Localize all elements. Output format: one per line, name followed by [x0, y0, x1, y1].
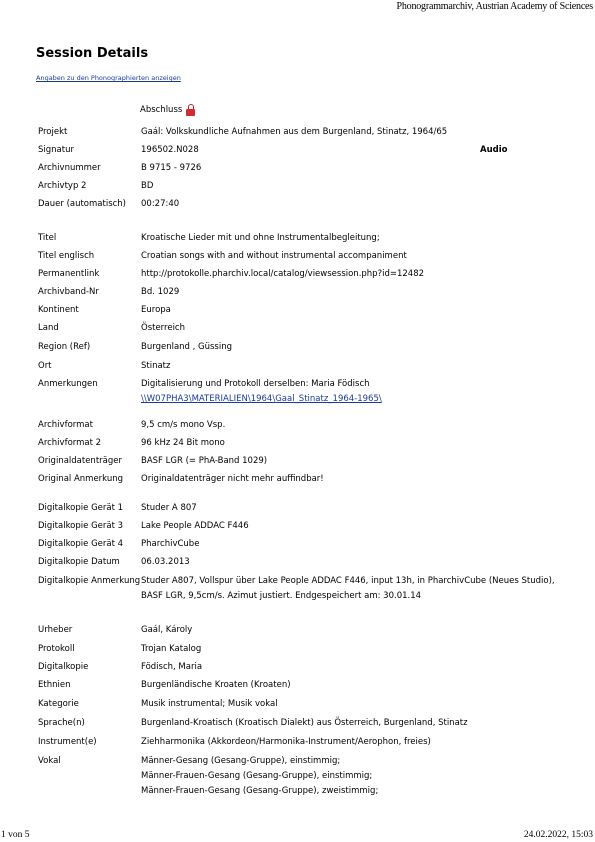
unc-path-link[interactable]: MATERIALIEN\ — [192, 394, 251, 404]
field-label: Signatur — [38, 143, 141, 158]
field-label: Sprache(n) — [38, 716, 141, 731]
field-row: KontinentEuropa — [38, 303, 578, 318]
field-label: Anmerkungen — [38, 377, 141, 407]
field-row: Archivband-NrBd. 1029 — [38, 285, 578, 300]
field-value: Stinatz — [141, 359, 578, 374]
unc-path-link[interactable]: Gaal_Stinatz_1964-1965\ — [275, 394, 382, 404]
field-row: VokalMänner-Gesang (Gesang-Gruppe), eins… — [38, 754, 578, 799]
field-value-line: Männer-Frauen-Gesang (Gesang-Gruppe), zw… — [141, 784, 578, 799]
field-value: 96 kHz 24 Bit mono — [141, 436, 578, 451]
field-label: Archivformat — [38, 418, 141, 433]
field-label: Archivband-Nr — [38, 285, 141, 300]
page-title: Session Details — [36, 46, 148, 61]
field-value-text: Originaldatenträger nicht mehr auffindba… — [141, 472, 578, 487]
field-value-text: 196502.N028 — [141, 143, 578, 158]
field-row: ProjektGaál: Volkskundliche Aufnahmen au… — [38, 125, 578, 140]
field-label: Land — [38, 321, 141, 336]
field-value-text: 00:27:40 — [141, 197, 578, 212]
lock-icon — [186, 104, 195, 116]
field-row: OriginaldatenträgerBASF LGR (= PhA-Band … — [38, 454, 578, 469]
field-label: Projekt — [38, 125, 141, 140]
field-value-text: BASF LGR (= PhA-Band 1029) — [141, 454, 578, 469]
field-row: Sprache(n)Burgenland-Kroatisch (Kroatisc… — [38, 716, 578, 731]
abschluss-status: Abschluss — [140, 104, 195, 116]
unc-path-link[interactable]: 1964\ — [251, 394, 276, 404]
field-value-text: Kroatische Lieder mit und ohne Instrumen… — [141, 231, 578, 246]
unc-path: \\W07PHA3\MATERIALIEN\1964\Gaal_Stinatz_… — [141, 392, 578, 407]
field-row: AnmerkungenDigitalisierung und Protokoll… — [38, 377, 578, 407]
field-row: DigitalkopieFödisch, Maria — [38, 660, 578, 675]
field-label: Archivnummer — [38, 161, 141, 176]
field-value: B 9715 - 9726 — [141, 161, 578, 176]
field-value[interactable]: http://protokolle.pharchiv.local/catalog… — [141, 267, 578, 282]
field-row: Digitalkopie Gerät 1Studer A 807 — [38, 501, 578, 516]
field-value: Gaál, Károly — [141, 623, 578, 638]
field-label: Instrument(e) — [38, 735, 141, 750]
field-row: Archivtyp 2BD — [38, 179, 578, 194]
field-value-text: Burgenländische Kroaten (Kroaten) — [141, 678, 578, 693]
field-value: 00:27:40 — [141, 197, 578, 212]
field-row: Digitalkopie Datum06.03.2013 — [38, 555, 578, 570]
field-label: Vokal — [38, 754, 141, 799]
field-value-line: Männer-Frauen-Gesang (Gesang-Gruppe), ei… — [141, 769, 578, 784]
field-value: Studer A 807 — [141, 501, 578, 516]
field-row: TitelKroatische Lieder mit und ohne Inst… — [38, 231, 578, 246]
field-row: Region (Ref)Burgenland , Güssing — [38, 340, 578, 355]
field-value-text: Burgenland , Güssing — [141, 340, 578, 355]
field-label: Kategorie — [38, 697, 141, 712]
field-label: Ethnien — [38, 678, 141, 693]
field-label: Digitalkopie Gerät 3 — [38, 519, 141, 534]
print-header: Phonogrammarchiv, Austrian Academy of Sc… — [397, 1, 594, 12]
field-value-text: Födisch, Maria — [141, 660, 578, 675]
field-row: Original AnmerkungOriginaldatenträger ni… — [38, 472, 578, 487]
field-row: Digitalkopie Gerät 3Lake People ADDAC F4… — [38, 519, 578, 534]
field-value-text: Digitalisierung und Protokoll derselben:… — [141, 377, 578, 392]
field-value: 06.03.2013 — [141, 555, 578, 570]
field-row: LandÖsterreich — [38, 321, 578, 336]
field-value-text: Studer A 807 — [141, 501, 578, 516]
field-row: OrtStinatz — [38, 359, 578, 374]
field-row: KategorieMusik instrumental; Musik vokal — [38, 697, 578, 712]
field-label: Originaldatenträger — [38, 454, 141, 469]
field-row: Digitalkopie AnmerkungStuder A807, Volls… — [38, 574, 578, 604]
field-value-text: Gaál, Károly — [141, 623, 578, 638]
unc-path-link[interactable]: \\W07PHA3\ — [141, 394, 192, 404]
field-row: EthnienBurgenländische Kroaten (Kroaten) — [38, 678, 578, 693]
field-label: Digitalkopie Gerät 1 — [38, 501, 141, 516]
field-label: Kontinent — [38, 303, 141, 318]
field-value: Burgenländische Kroaten (Kroaten) — [141, 678, 578, 693]
field-value-text: BD — [141, 179, 578, 194]
field-label: Urheber — [38, 623, 141, 638]
field-label: Region (Ref) — [38, 340, 141, 355]
field-value-text: Trojan Katalog — [141, 642, 578, 657]
field-value: 196502.N028 — [141, 143, 578, 158]
print-datetime: 24.02.2022, 15:03 — [524, 830, 593, 840]
field-value: Trojan Katalog — [141, 642, 578, 657]
field-value: Musik instrumental; Musik vokal — [141, 697, 578, 712]
field-value: Croatian songs with and without instrume… — [141, 249, 578, 264]
field-row: ProtokollTrojan Katalog — [38, 642, 578, 657]
field-value-text: 96 kHz 24 Bit mono — [141, 436, 578, 451]
field-label: Ort — [38, 359, 141, 374]
field-value: Männer-Gesang (Gesang-Gruppe), einstimmi… — [141, 754, 578, 799]
field-value-text: Österreich — [141, 321, 578, 336]
field-value: BASF LGR (= PhA-Band 1029) — [141, 454, 578, 469]
page-number: 1 von 5 — [1, 830, 30, 840]
field-label: Protokoll — [38, 642, 141, 657]
field-value-text: PharchivCube — [141, 537, 578, 552]
field-value: Ziehharmonika (Akkordeon/Harmonika-Instr… — [141, 735, 578, 750]
field-row: UrheberGaál, Károly — [38, 623, 578, 638]
phonographed-details-link[interactable]: Angaben zu den Phonographierten anzeigen — [36, 74, 181, 82]
field-row: Signatur196502.N028Audio — [38, 143, 578, 158]
field-value: Födisch, Maria — [141, 660, 578, 675]
field-value: PharchivCube — [141, 537, 578, 552]
field-row: Permanentlinkhttp://protokolle.pharchiv.… — [38, 267, 578, 282]
field-value: Burgenland-Kroatisch (Kroatisch Dialekt)… — [141, 716, 578, 731]
field-value-text: B 9715 - 9726 — [141, 161, 578, 176]
field-value-text: Lake People ADDAC F446 — [141, 519, 578, 534]
field-value: Gaál: Volkskundliche Aufnahmen aus dem B… — [141, 125, 578, 140]
field-row: ArchivnummerB 9715 - 9726 — [38, 161, 578, 176]
field-row: Dauer (automatisch)00:27:40 — [38, 197, 578, 212]
field-label: Titel englisch — [38, 249, 141, 264]
field-label: Digitalkopie Anmerkung — [38, 574, 141, 604]
field-value-text: Burgenland-Kroatisch (Kroatisch Dialekt)… — [141, 716, 578, 731]
field-value: Digitalisierung und Protokoll derselben:… — [141, 377, 578, 407]
field-value-text: Europa — [141, 303, 578, 318]
field-value-text: Bd. 1029 — [141, 285, 578, 300]
field-row: Archivformat9,5 cm/s mono Vsp. — [38, 418, 578, 433]
field-label: Digitalkopie — [38, 660, 141, 675]
field-value-line: Männer-Gesang (Gesang-Gruppe), einstimmi… — [141, 754, 578, 769]
field-value: BD — [141, 179, 578, 194]
field-value: Kroatische Lieder mit und ohne Instrumen… — [141, 231, 578, 246]
field-value: Burgenland , Güssing — [141, 340, 578, 355]
abschluss-label: Abschluss — [140, 105, 182, 115]
field-value-text: 06.03.2013 — [141, 555, 578, 570]
field-label: Permanentlink — [38, 267, 141, 282]
field-label: Titel — [38, 231, 141, 246]
field-row: Digitalkopie Gerät 4PharchivCube — [38, 537, 578, 552]
field-row: Archivformat 296 kHz 24 Bit mono — [38, 436, 578, 451]
field-value: 9,5 cm/s mono Vsp. — [141, 418, 578, 433]
field-label: Archivformat 2 — [38, 436, 141, 451]
field-value-text: Ziehharmonika (Akkordeon/Harmonika-Instr… — [141, 735, 578, 750]
audio-label: Audio — [480, 143, 507, 158]
field-value: Studer A807, Vollspur über Lake People A… — [141, 574, 578, 604]
field-row: Titel englischCroatian songs with and wi… — [38, 249, 578, 264]
field-value: Bd. 1029 — [141, 285, 578, 300]
field-value-text: Studer A807, Vollspur über Lake People A… — [141, 574, 578, 604]
field-value-text: 9,5 cm/s mono Vsp. — [141, 418, 578, 433]
field-value: Europa — [141, 303, 578, 318]
field-value-text: Gaál: Volkskundliche Aufnahmen aus dem B… — [141, 125, 578, 140]
field-label: Archivtyp 2 — [38, 179, 141, 194]
field-label: Original Anmerkung — [38, 472, 141, 487]
field-row: Instrument(e)Ziehharmonika (Akkordeon/Ha… — [38, 735, 578, 750]
field-value: Österreich — [141, 321, 578, 336]
field-label: Dauer (automatisch) — [38, 197, 141, 212]
field-value-text: Croatian songs with and without instrume… — [141, 249, 578, 264]
field-value: Originaldatenträger nicht mehr auffindba… — [141, 472, 578, 487]
field-label: Digitalkopie Datum — [38, 555, 141, 570]
field-value-text: Stinatz — [141, 359, 578, 374]
field-label: Digitalkopie Gerät 4 — [38, 537, 141, 552]
field-value-text: http://protokolle.pharchiv.local/catalog… — [141, 267, 578, 282]
field-value-text: Musik instrumental; Musik vokal — [141, 697, 578, 712]
field-value: Lake People ADDAC F446 — [141, 519, 578, 534]
